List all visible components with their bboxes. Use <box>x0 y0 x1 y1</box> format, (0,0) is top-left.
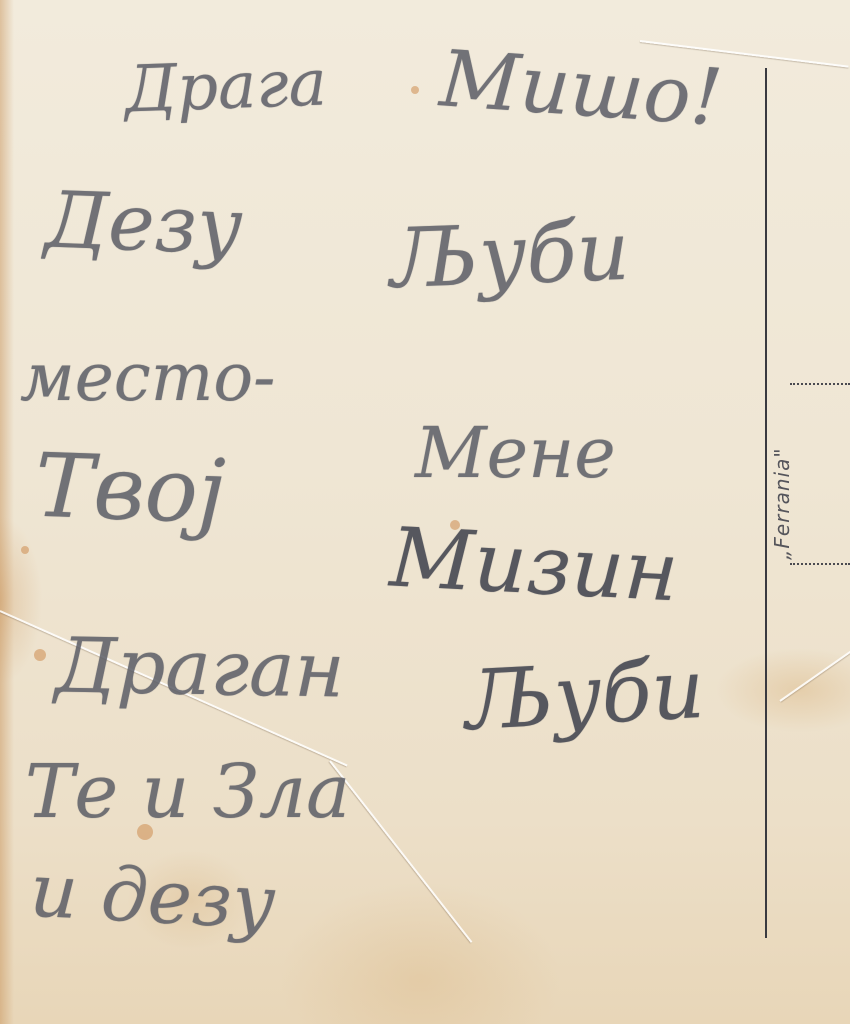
paper-crease <box>779 626 850 702</box>
handwritten-line: Драга <box>124 52 328 123</box>
handwritten-line: и дезу <box>28 854 277 941</box>
handwritten-line: Мизин <box>388 518 680 615</box>
foxing-speck <box>34 649 46 661</box>
handwritten-line: Те и Зла <box>25 755 350 829</box>
brand-imprint: „Ferrania" <box>770 447 794 560</box>
foxing-speck <box>21 546 29 554</box>
paper-crease <box>329 760 472 942</box>
handwritten-line: Мене <box>415 418 616 488</box>
handwritten-line: Мишо! <box>438 40 725 138</box>
handwritten-line: Драган <box>54 627 345 708</box>
stained-left-edge <box>0 0 14 1024</box>
handwritten-line: Љуби <box>389 211 631 301</box>
handwritten-line: место- <box>20 345 275 411</box>
foxing-speck <box>411 86 419 94</box>
stamp-box-dotted-line <box>790 563 850 565</box>
handwritten-line: Дезу <box>44 182 244 267</box>
stamp-box-dotted-line <box>790 383 850 385</box>
handwritten-line: Љуби <box>463 649 706 743</box>
address-divider-line <box>765 68 767 938</box>
handwritten-line: Твој <box>34 442 227 537</box>
postcard-back: „Ferrania" ДрагаМишо!ДезуЉубиместо-МенеТ… <box>0 0 850 1024</box>
